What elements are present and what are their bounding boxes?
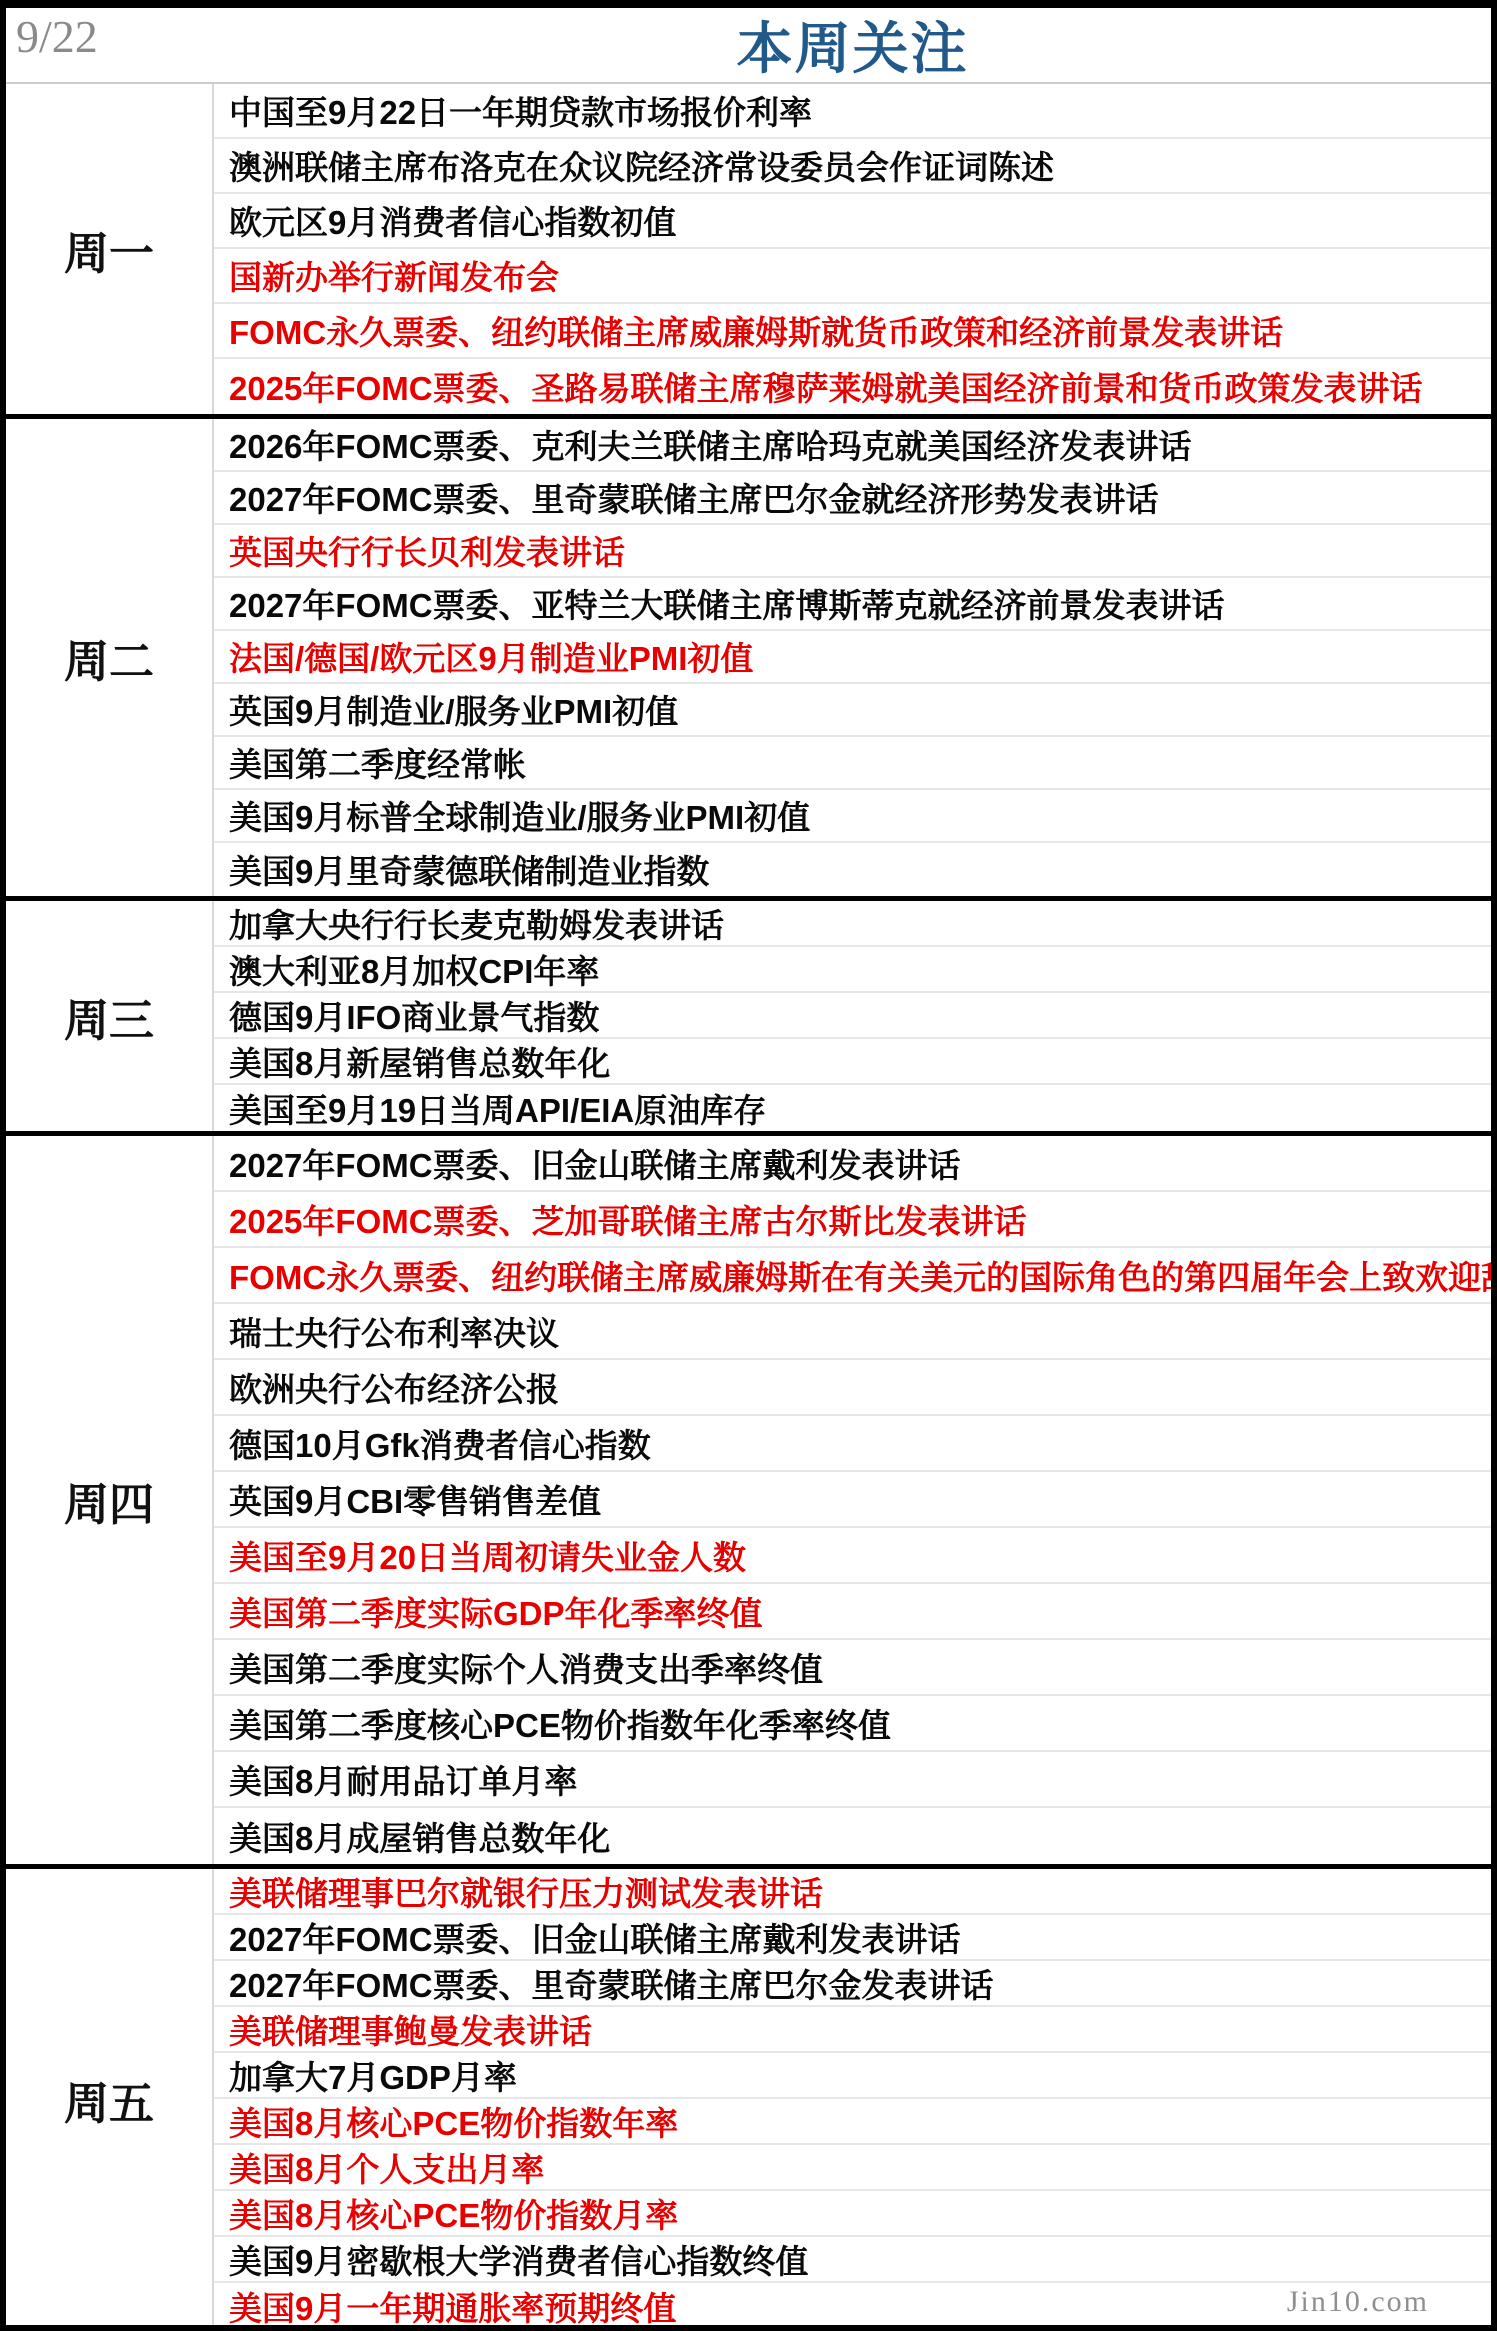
- event-row: FOMC永久票委、纽约联储主席威廉姆斯就货币政策和经济前景发表讲话: [214, 304, 1491, 359]
- schedule-table: 周一中国至9月22日一年期贷款市场报价利率澳洲联储主席布洛克在众议院经济常设委员…: [6, 84, 1491, 2329]
- event-row: 美国9月密歇根大学消费者信心指数终值: [214, 2237, 1491, 2283]
- event-row: 德国9月IFO商业景气指数: [214, 993, 1491, 1039]
- event-row: 法国/德国/欧元区9月制造业PMI初值: [214, 631, 1491, 684]
- event-row: 欧洲央行公布经济公报: [214, 1360, 1491, 1416]
- event-row: 美国至9月20日当周初请失业金人数: [214, 1528, 1491, 1584]
- event-row: 2025年FOMC票委、芝加哥联储主席古尔斯比发表讲话: [214, 1192, 1491, 1248]
- event-row: 美国8月核心PCE物价指数年率: [214, 2099, 1491, 2145]
- day-label: 周一: [6, 84, 214, 414]
- event-row: 加拿大7月GDP月率: [214, 2053, 1491, 2099]
- day-section-wednesday: 周三加拿大央行行长麦克勒姆发表讲话澳大利亚8月加权CPI年率德国9月IFO商业景…: [6, 901, 1491, 1136]
- event-list: 加拿大央行行长麦克勒姆发表讲话澳大利亚8月加权CPI年率德国9月IFO商业景气指…: [214, 901, 1491, 1131]
- event-row: 2026年FOMC票委、克利夫兰联储主席哈玛克就美国经济发表讲话: [214, 419, 1491, 472]
- page-header: 9/22 本周关注: [6, 8, 1491, 84]
- event-row: 加拿大央行行长麦克勒姆发表讲话: [214, 901, 1491, 947]
- day-label: 周五: [6, 1869, 214, 2329]
- weekly-focus-page: 9/22 本周关注 周一中国至9月22日一年期贷款市场报价利率澳洲联储主席布洛克…: [0, 0, 1497, 2331]
- event-row: 澳大利亚8月加权CPI年率: [214, 947, 1491, 993]
- event-list: 中国至9月22日一年期贷款市场报价利率澳洲联储主席布洛克在众议院经济常设委员会作…: [214, 84, 1491, 414]
- day-section-friday: 周五美联储理事巴尔就银行压力测试发表讲话2027年FOMC票委、旧金山联储主席戴…: [6, 1869, 1491, 2329]
- day-label: 周二: [6, 419, 214, 896]
- day-section-tuesday: 周二2026年FOMC票委、克利夫兰联储主席哈玛克就美国经济发表讲话2027年F…: [6, 419, 1491, 901]
- event-list: 美联储理事巴尔就银行压力测试发表讲话2027年FOMC票委、旧金山联储主席戴利发…: [214, 1869, 1491, 2329]
- day-label: 周四: [6, 1136, 214, 1864]
- event-list: 2026年FOMC票委、克利夫兰联储主席哈玛克就美国经济发表讲话2027年FOM…: [214, 419, 1491, 896]
- event-row: 2027年FOMC票委、旧金山联储主席戴利发表讲话: [214, 1915, 1491, 1961]
- event-row: 美国至9月19日当周API/EIA原油库存: [214, 1085, 1491, 1131]
- event-row: 美国8月个人支出月率: [214, 2145, 1491, 2191]
- event-row: 中国至9月22日一年期贷款市场报价利率: [214, 84, 1491, 139]
- event-row: 美国第二季度实际个人消费支出季率终值: [214, 1640, 1491, 1696]
- watermark: Jin10.com: [1287, 2285, 1429, 2319]
- event-row: 2027年FOMC票委、里奇蒙联储主席巴尔金就经济形势发表讲话: [214, 472, 1491, 525]
- event-row: 2027年FOMC票委、亚特兰大联储主席博斯蒂克就经济前景发表讲话: [214, 578, 1491, 631]
- event-row: 德国10月Gfk消费者信心指数: [214, 1416, 1491, 1472]
- event-row: 美联储理事巴尔就银行压力测试发表讲话: [214, 1869, 1491, 1915]
- page-date: 9/22: [16, 10, 98, 63]
- event-row: 美国8月核心PCE物价指数月率: [214, 2191, 1491, 2237]
- event-row: 英国9月制造业/服务业PMI初值: [214, 684, 1491, 737]
- event-row: 美国8月新屋销售总数年化: [214, 1039, 1491, 1085]
- event-row: 美国8月成屋销售总数年化: [214, 1808, 1491, 1864]
- event-row: 欧元区9月消费者信心指数初值: [214, 194, 1491, 249]
- event-row: 美国8月耐用品订单月率: [214, 1752, 1491, 1808]
- event-row: 瑞士央行公布利率决议: [214, 1304, 1491, 1360]
- event-row: 2027年FOMC票委、旧金山联储主席戴利发表讲话: [214, 1136, 1491, 1192]
- event-row: 2025年FOMC票委、圣路易联储主席穆萨莱姆就美国经济前景和货币政策发表讲话: [214, 359, 1491, 414]
- event-row: 澳洲联储主席布洛克在众议院经济常设委员会作证词陈述: [214, 139, 1491, 194]
- event-row: 美国9月标普全球制造业/服务业PMI初值: [214, 790, 1491, 843]
- event-row: 美国第二季度实际GDP年化季率终值: [214, 1584, 1491, 1640]
- event-row: 2027年FOMC票委、里奇蒙联储主席巴尔金发表讲话: [214, 1961, 1491, 2007]
- event-row: 国新办举行新闻发布会: [214, 249, 1491, 304]
- event-row: 美国第二季度经常帐: [214, 737, 1491, 790]
- event-row: 美国第二季度核心PCE物价指数年化季率终值: [214, 1696, 1491, 1752]
- event-row: 英国9月CBI零售销售差值: [214, 1472, 1491, 1528]
- day-section-monday: 周一中国至9月22日一年期贷款市场报价利率澳洲联储主席布洛克在众议院经济常设委员…: [6, 84, 1491, 419]
- event-row: 美国9月里奇蒙德联储制造业指数: [214, 843, 1491, 896]
- day-label: 周三: [6, 901, 214, 1131]
- event-row: FOMC永久票委、纽约联储主席威廉姆斯在有关美元的国际角色的第四届年会上致欢迎辞: [214, 1248, 1491, 1304]
- event-row: 美联储理事鲍曼发表讲话: [214, 2007, 1491, 2053]
- event-list: 2027年FOMC票委、旧金山联储主席戴利发表讲话2025年FOMC票委、芝加哥…: [214, 1136, 1491, 1864]
- page-title: 本周关注: [214, 8, 1491, 82]
- day-section-thursday: 周四2027年FOMC票委、旧金山联储主席戴利发表讲话2025年FOMC票委、芝…: [6, 1136, 1491, 1869]
- event-row: 英国央行行长贝利发表讲话: [214, 525, 1491, 578]
